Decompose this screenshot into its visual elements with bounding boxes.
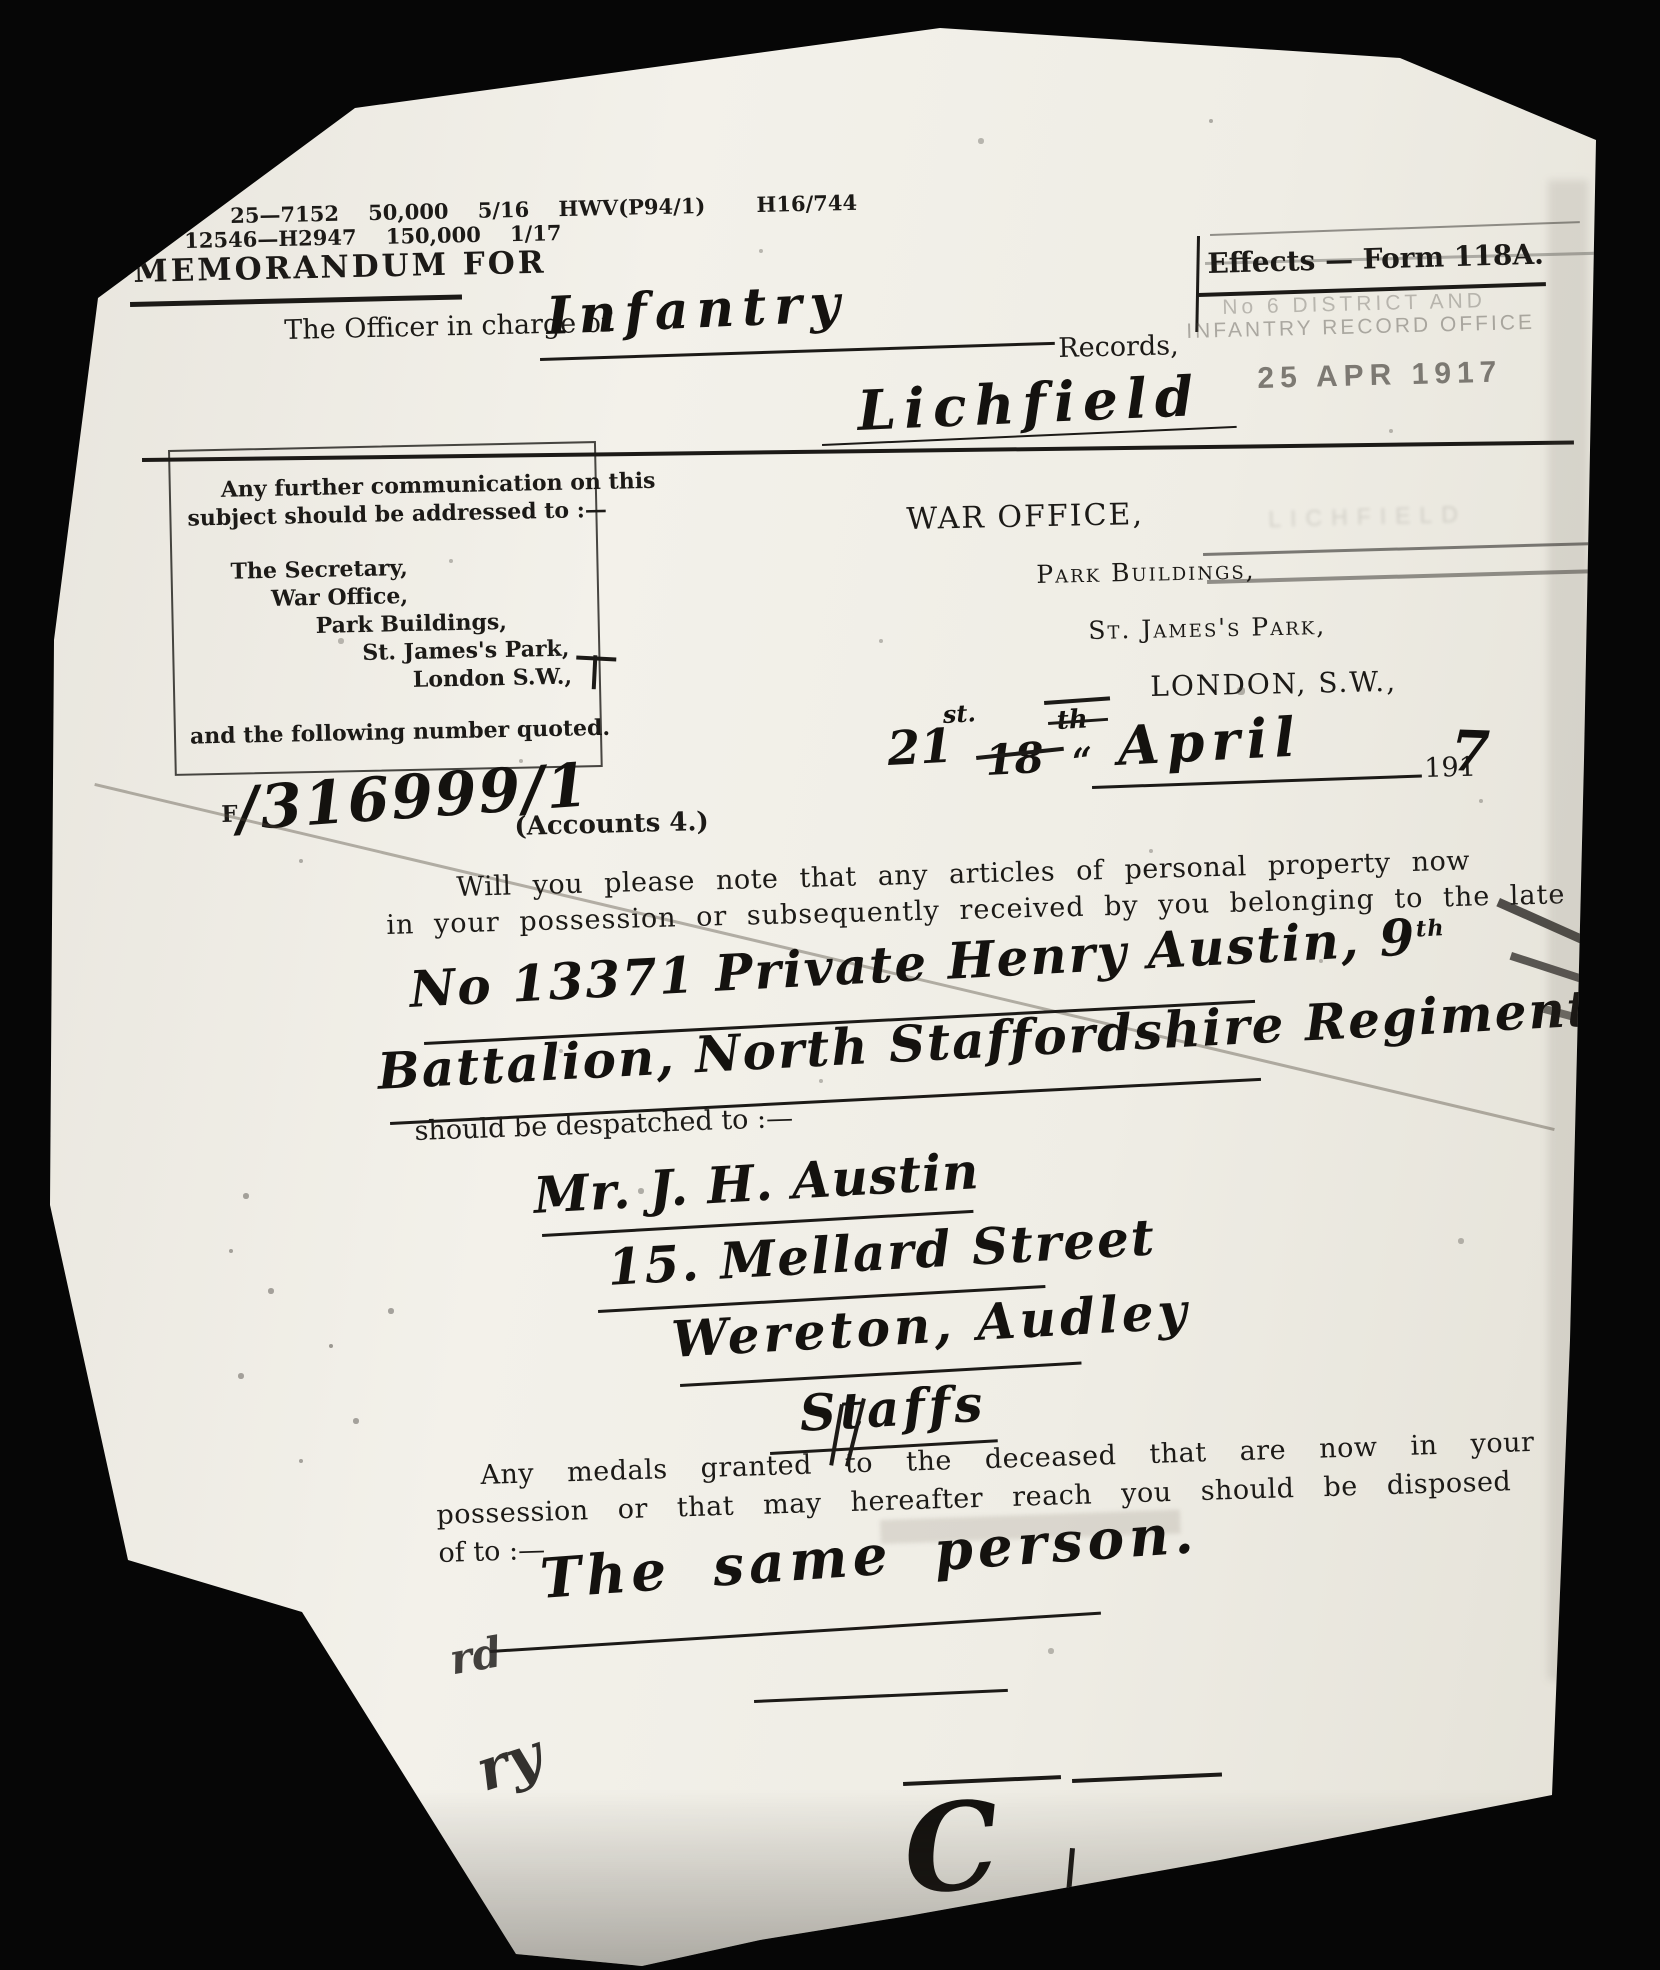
memo-title-underline bbox=[130, 294, 462, 307]
unit-underline bbox=[540, 342, 1055, 361]
blank-rule-2b bbox=[1072, 1772, 1222, 1782]
date-ditto-mark: “ bbox=[1070, 739, 1096, 783]
paper-specks bbox=[0, 0, 2, 2]
address-box-line-st-james: St. James's Park, bbox=[362, 636, 570, 666]
form-label-box-leftline bbox=[1195, 236, 1200, 332]
war-office-line1: WAR OFFICE, bbox=[906, 497, 1144, 537]
address-box-line-park-buildings: Park Buildings, bbox=[315, 609, 507, 639]
blank-rule-1 bbox=[754, 1689, 1008, 1703]
address-box-line-war-office: War Office, bbox=[271, 583, 408, 612]
date-month-handwritten: April bbox=[1116, 704, 1303, 778]
date-struck-day: 18 bbox=[984, 733, 1045, 785]
ink-mark-vertical bbox=[592, 655, 598, 689]
address-box-outro: and the following number quoted. bbox=[190, 715, 611, 750]
stamp-rule-1 bbox=[1203, 542, 1591, 556]
date-strike-overbar bbox=[1044, 696, 1110, 704]
date-day-suffix: st. bbox=[942, 698, 976, 729]
bottom-edge-shade bbox=[250, 1790, 1600, 1970]
address-box-line-secretary: The Secretary, bbox=[230, 555, 408, 585]
body-para2-line3: of to :— bbox=[438, 1535, 546, 1569]
war-office-line4: LONDON, S.W., bbox=[1150, 665, 1397, 703]
unit-handwritten: Infantry bbox=[545, 273, 849, 347]
recipient-street-handwritten: 15. Mellard Street bbox=[606, 1207, 1157, 1297]
pencil-mark-1: rd bbox=[446, 1627, 505, 1684]
medals-recipient-underline bbox=[490, 1612, 1101, 1653]
reference-dept: (Accounts 4.) bbox=[514, 807, 709, 842]
date-year-digit-handwritten: 7 bbox=[1450, 718, 1491, 785]
deceased-line1-sup: th bbox=[1415, 915, 1445, 942]
war-office-line3: St. James's Park, bbox=[1088, 611, 1326, 645]
recipient-town-handwritten: Wereton, Audley bbox=[670, 1281, 1192, 1369]
receipt-stamp-date: 25 APR 1917 bbox=[1257, 356, 1503, 396]
right-edge-shade bbox=[1548, 180, 1588, 1680]
despatch-label: should be despatched to :— bbox=[414, 1103, 794, 1147]
paper-sheet: 25—7152 50,000 5/16 HWV(P94/1) H16/744 1… bbox=[0, 0, 1660, 1970]
form-label-box-topline bbox=[1210, 221, 1580, 236]
recipient-county-handwritten: Staffs bbox=[798, 1374, 988, 1443]
address-box-line-london: London S.W., bbox=[413, 664, 573, 693]
stamp-rule-2 bbox=[1207, 569, 1589, 584]
receipt-stamp-station: LICHFIELD bbox=[1268, 501, 1467, 533]
officer-line-suffix: Records, bbox=[1058, 330, 1179, 364]
war-office-line2: Park Buildings, bbox=[1036, 555, 1256, 589]
address-note-box: Any further communication on this subjec… bbox=[168, 441, 603, 776]
scanned-document: 25—7152 50,000 5/16 HWV(P94/1) H16/744 1… bbox=[0, 0, 1660, 1970]
